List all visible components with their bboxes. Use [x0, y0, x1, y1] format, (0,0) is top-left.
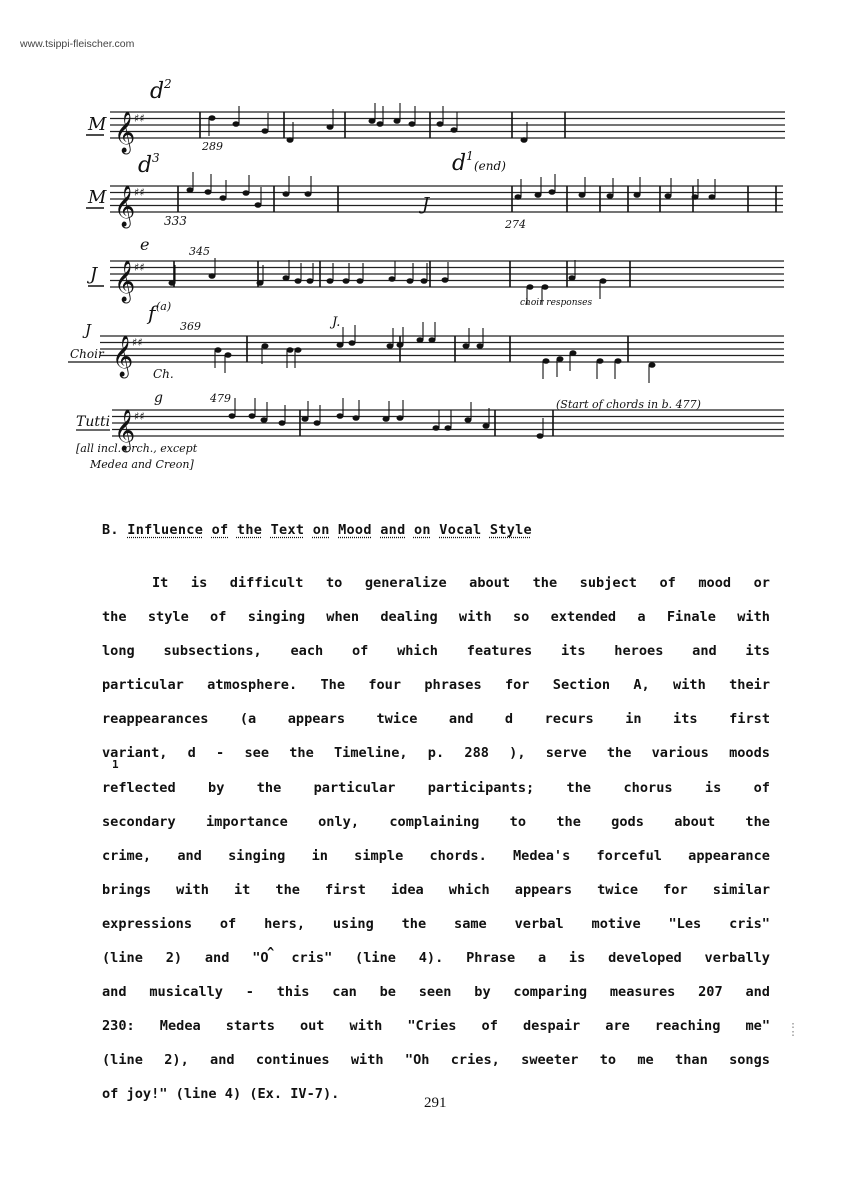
music-example: 𝄞♯♯𝄞♯♯𝄞♯♯𝄞♯♯𝄞♯♯ M d 2 289 M d 3 333 J d …	[0, 0, 850, 500]
part-label-2: Choir	[70, 347, 105, 361]
phrase-superscript: 3	[152, 151, 160, 165]
text-line: It is difficult to generalize about the …	[102, 566, 770, 600]
svg-text:♯♯: ♯♯	[134, 410, 145, 423]
text-line: long subsections, each of which features…	[102, 634, 770, 668]
text-line: 230: Medea starts out with "Cries of des…	[102, 1009, 770, 1043]
text-line: crime, and singing in simple chords. Med…	[102, 839, 770, 873]
system-1-labels: M d 2 289	[86, 77, 223, 153]
text-line: the style of singing when dealing with s…	[102, 600, 770, 634]
system-3-labels: J e 345 choir responses	[86, 235, 592, 308]
text-line: particular atmosphere. The four phrases …	[102, 668, 770, 702]
part-label: J	[86, 264, 99, 285]
circumflex-mark: ^	[267, 945, 274, 959]
title-word: of	[212, 522, 229, 538]
section-prefix: B.	[102, 522, 119, 538]
title-word: Text	[271, 522, 305, 538]
annotation: (Start of chords in b. 477)	[556, 398, 701, 411]
measure-number: 289	[201, 140, 223, 153]
phrase-label: d	[150, 79, 164, 104]
phrase-label: d	[138, 153, 152, 178]
text-line: expressions of hers, using the same verb…	[102, 907, 770, 941]
phrase-label: e	[140, 235, 149, 254]
title-word: on	[414, 522, 431, 538]
title-word: Vocal	[439, 522, 481, 538]
text-line: and musically - this can be seen by comp…	[102, 975, 770, 1009]
text-line: reappearances (a appears twice and d rec…	[102, 702, 770, 736]
title-word: Influence	[127, 522, 203, 538]
svg-text:♯♯: ♯♯	[132, 336, 143, 349]
phrase-label: g	[154, 390, 163, 406]
title-word: Style	[490, 522, 532, 538]
bracket-note-line-1: [all incl. orch., except	[76, 442, 198, 455]
text-line: brings with it the first idea which appe…	[102, 873, 770, 907]
section-heading: B. Influence of the Text on Mood and on …	[102, 522, 532, 538]
text-line: secondary importance only, complaining t…	[102, 805, 770, 839]
section-title: Influence of the Text on Mood and on Voc…	[127, 522, 532, 538]
phrase-superscript: 2	[163, 77, 172, 91]
svg-text:♯♯: ♯♯	[134, 112, 145, 125]
system-4-labels: J Choir f (a) 369 Ch. J.	[68, 300, 340, 381]
phrase-superscript: (a)	[156, 300, 171, 313]
part-label: M	[87, 187, 107, 208]
title-word: the	[237, 522, 262, 538]
text-line: (line 2) and "O cris" (line 4). Phrase a…	[102, 941, 770, 975]
staff-lines	[100, 112, 785, 436]
solo-mark: J.	[329, 315, 340, 330]
svg-text:♯♯: ♯♯	[134, 261, 145, 274]
svg-text:𝄞: 𝄞	[112, 335, 133, 378]
phrase-label-2: d	[452, 151, 466, 176]
title-word: on	[313, 522, 330, 538]
page-number: 291	[424, 1095, 447, 1112]
part-label: M	[87, 114, 107, 135]
measure-number: 345	[189, 245, 210, 258]
margin-mark: ::	[790, 1022, 796, 1038]
svg-text:𝄞: 𝄞	[114, 185, 135, 228]
text-line: (line 2), and continues with "Oh cries, …	[102, 1043, 770, 1077]
measure-number: 369	[180, 320, 201, 333]
measure-number: 479	[209, 392, 231, 405]
text-line: variant, d - see the Timeline, p. 288 ),…	[102, 736, 770, 770]
superscript-one: 1	[112, 758, 119, 771]
svg-text:𝄞: 𝄞	[114, 111, 135, 154]
measure-number-2: 274	[504, 218, 526, 231]
svg-text:♯♯: ♯♯	[134, 186, 145, 199]
measure-number: 333	[164, 214, 187, 228]
bracket-note-line-2: Medea and Creon]	[89, 458, 194, 471]
choir-mark: Ch.	[153, 367, 174, 381]
annotation: choir responses	[520, 298, 592, 308]
phrase-note: (end)	[474, 159, 506, 173]
phrase-superscript-2: 1	[466, 149, 474, 163]
svg-text:𝄞: 𝄞	[114, 260, 135, 303]
system-2-labels: M d 3 333 J d 1 (end) 274	[86, 149, 526, 231]
text-line: reflected by the particular participants…	[102, 771, 770, 805]
title-word: and	[380, 522, 405, 538]
title-word: Mood	[338, 522, 372, 538]
body-paragraph: It is difficult to generalize about the …	[102, 566, 770, 1112]
part-label: Tutti	[76, 414, 110, 430]
part-label: J	[82, 321, 92, 339]
